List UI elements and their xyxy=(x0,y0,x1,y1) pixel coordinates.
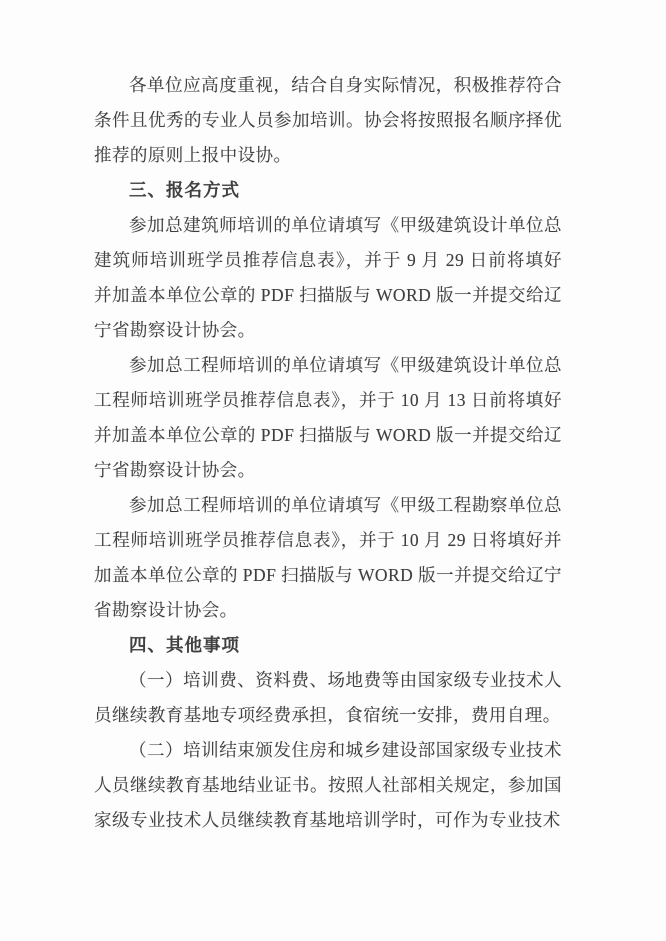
scanned-document: { "colors": { "page-bg": "#fdfdfd", "ink… xyxy=(0,0,666,941)
document-page: 各单位应高度重视，结合自身实际情况，积极推荐符合条件且优秀的专业人员参加培训。协… xyxy=(0,0,666,941)
section-heading-other-matters: 四、其他事项 xyxy=(94,628,562,663)
document-body: 各单位应高度重视，结合自身实际情况，积极推荐符合条件且优秀的专业人员参加培训。协… xyxy=(94,68,562,838)
paragraph-chief-architect-signup: 参加总建筑师培训的单位请填写《甲级建筑设计单位总建筑师培训班学员推荐信息表》，并… xyxy=(94,208,562,348)
paragraph-certificate-issuance: （二）培训结束颁发住房和城乡建设部国家级专业技术人员继续教育基地结业证书。按照人… xyxy=(94,733,562,838)
section-heading-registration-method: 三、报名方式 xyxy=(94,173,562,208)
paragraph-fees-arrangement: （一）培训费、资料费、场地费等由国家级专业技术人员继续教育基地专项经费承担，食宿… xyxy=(94,663,562,733)
paragraph-chief-engineer-survey-signup: 参加总工程师培训的单位请填写《甲级工程勘察单位总工程师培训班学员推荐信息表》，并… xyxy=(94,488,562,628)
paragraph-recommendation-note: 各单位应高度重视，结合自身实际情况，积极推荐符合条件且优秀的专业人员参加培训。协… xyxy=(94,68,562,173)
paragraph-chief-engineer-design-signup: 参加总工程师培训的单位请填写《甲级建筑设计单位总工程师培训班学员推荐信息表》，并… xyxy=(94,348,562,488)
